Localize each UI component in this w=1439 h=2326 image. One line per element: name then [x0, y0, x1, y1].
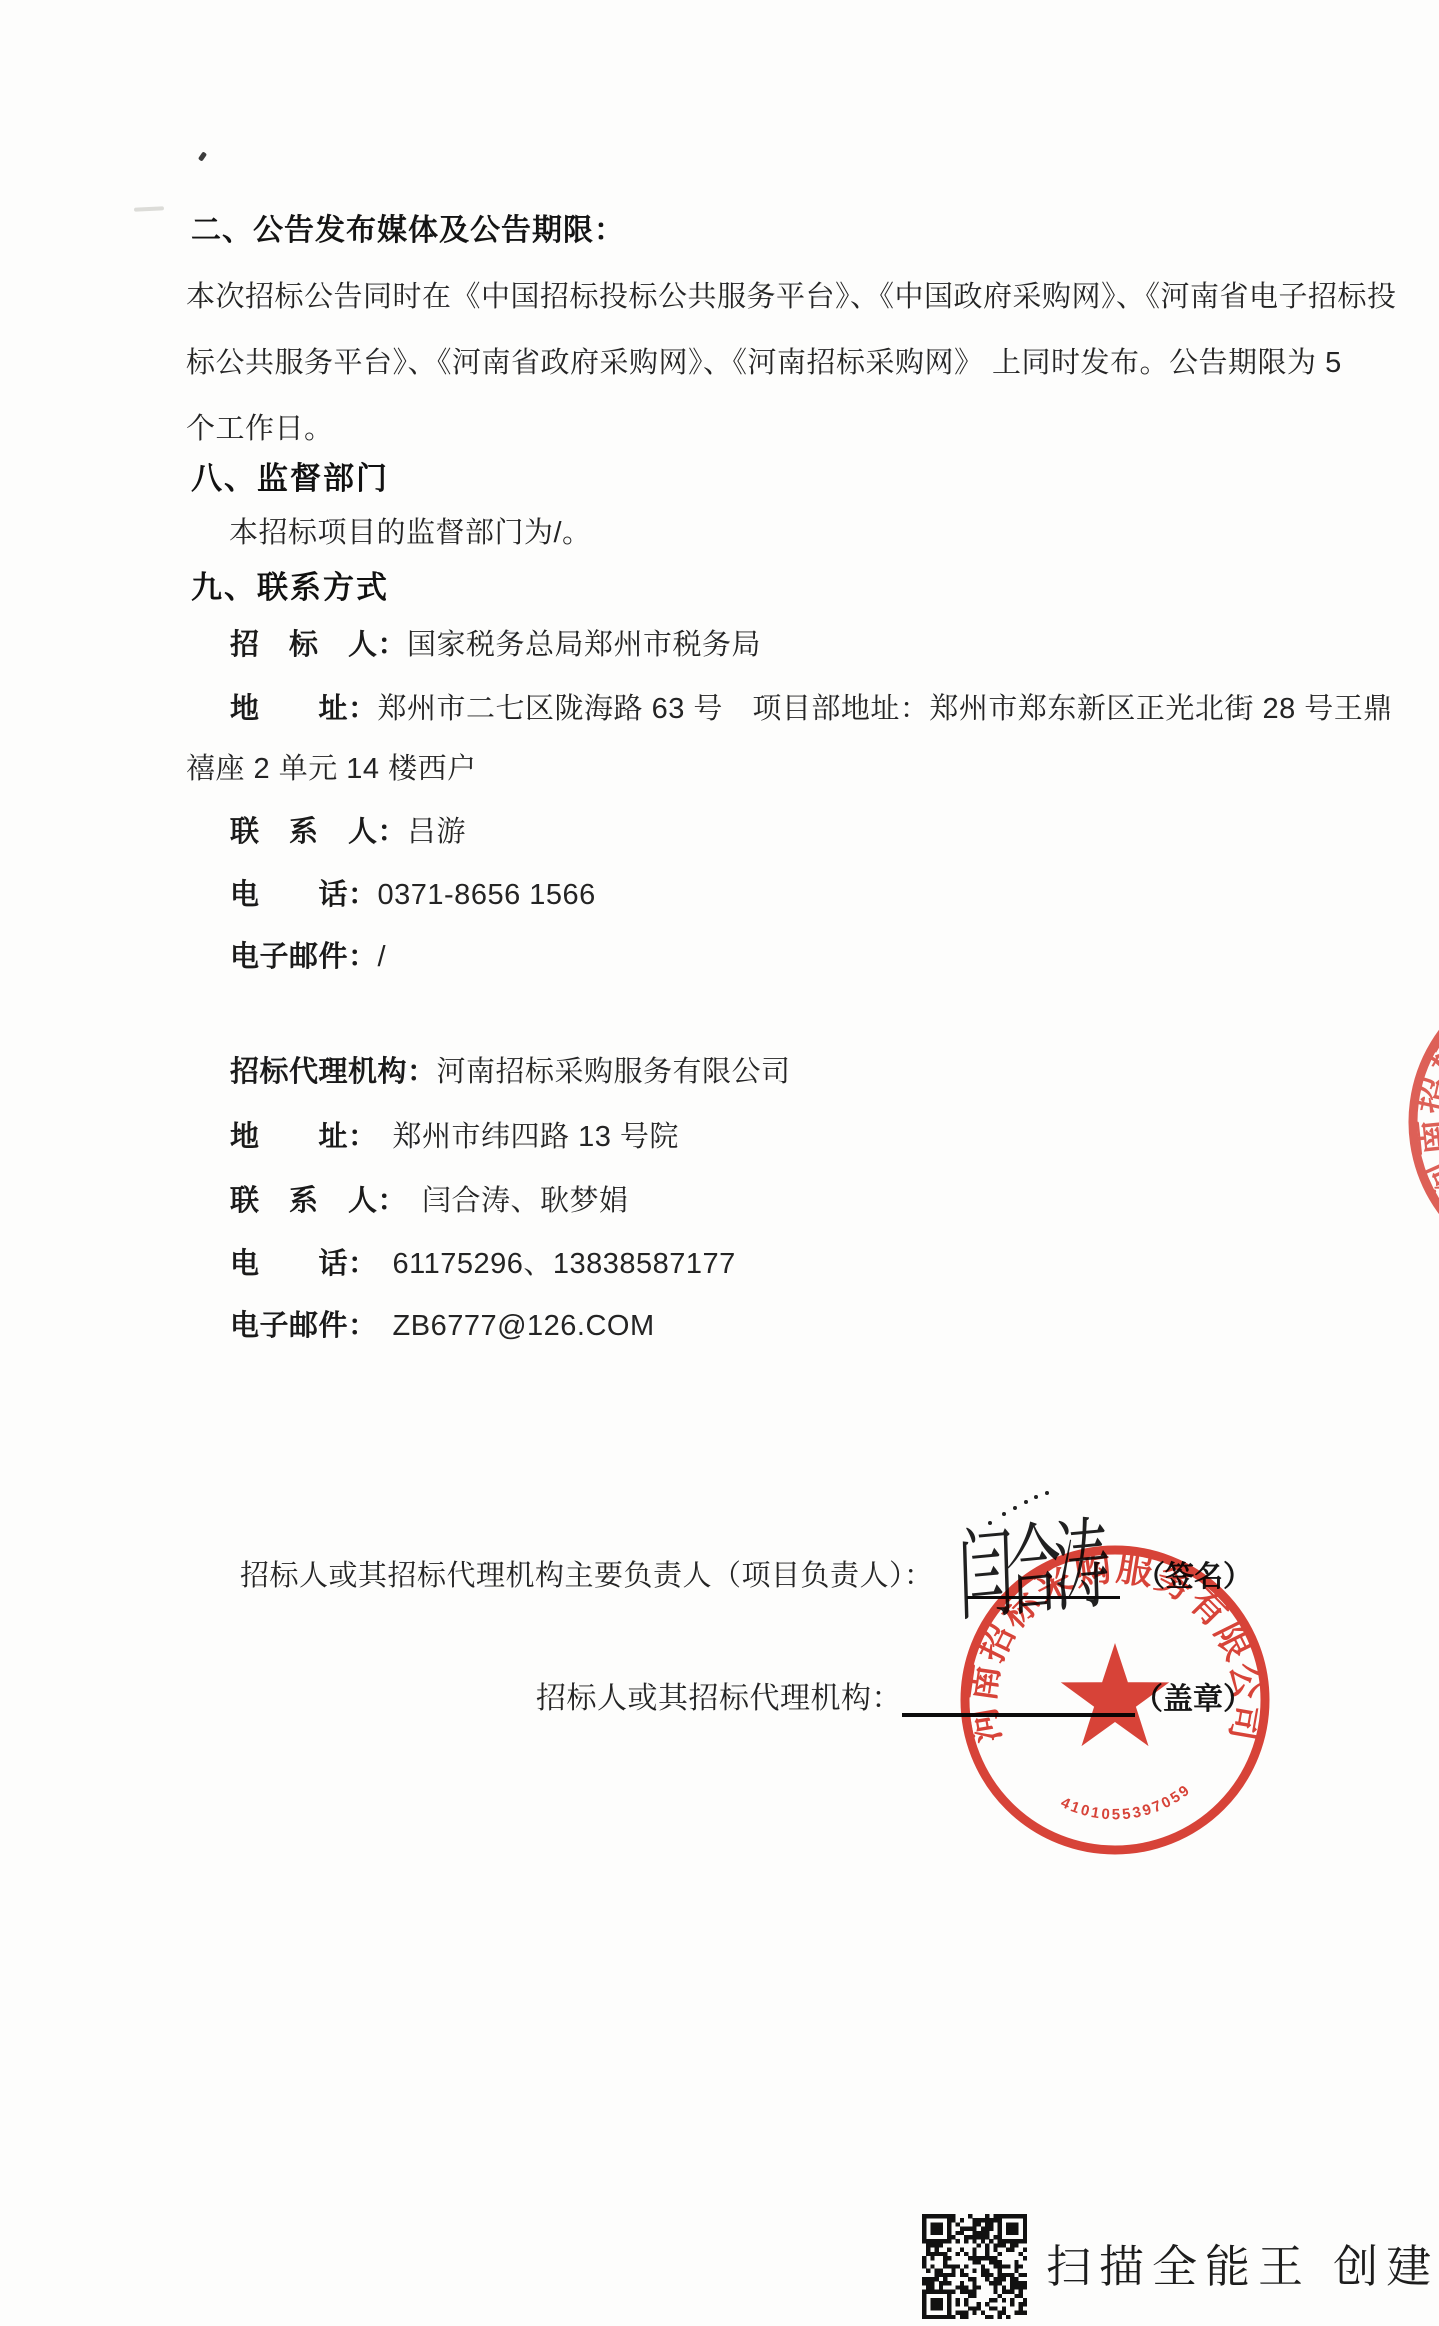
- pen-dot: [1045, 1491, 1049, 1495]
- principal-signature-label: 招标人或其招标代理机构主要负责人（项目负责人）：: [240, 1560, 934, 1593]
- agency-phone-label: 电 话：: [230, 1248, 393, 1280]
- agency-contact-label: 联 系 人：: [230, 1185, 422, 1217]
- pen-dot: [1034, 1495, 1038, 1499]
- tenderer-address-row: 地 址：郑州市二七区陇海路 63 号 项目部地址：郑州市郑东新区正光北街 28 …: [230, 693, 1393, 726]
- section9-heading: 九、联系方式: [191, 570, 389, 606]
- pen-dot: [1024, 1500, 1028, 1504]
- document-page: 二、公告发布媒体及公告期限： 本次招标公告同时在《中国招标投标公共服务平台》、《…: [0, 0, 1439, 2326]
- tenderer-contact-label: 联 系 人：: [230, 816, 407, 848]
- paragraph-line-3: 个工作日。: [186, 413, 334, 446]
- tenderer-email-row: 电子邮件：/: [230, 941, 386, 974]
- pen-dot: [1002, 1512, 1006, 1516]
- tenderer-phone-label: 电 话：: [230, 879, 378, 911]
- section2-heading: 二、公告发布媒体及公告期限：: [191, 214, 625, 249]
- tenderer-contact-value: 吕游: [407, 816, 466, 848]
- paragraph-line-2: 标公共服务平台》、《河南省政府采购网》、《河南招标采购网》 上同时发布。公告期限…: [186, 347, 1342, 380]
- agency-seal-label: 招标人或其招标代理机构：: [536, 1682, 902, 1717]
- section8-heading: 八、监督部门: [191, 461, 389, 497]
- tenderer-address-value: 郑州市二七区陇海路 63 号 项目部地址：郑州市郑东新区正光北街 28 号王鼎: [378, 693, 1393, 725]
- tenderer-contact-row: 联 系 人：吕游: [230, 816, 466, 849]
- agency-phone-row: 电 话： 61175296、13838587177: [230, 1248, 736, 1281]
- agency-email-row: 电子邮件： ZB6777@126.COM: [230, 1310, 655, 1343]
- agency-contact-row: 联 系 人： 闫合涛、耿梦娟: [230, 1185, 629, 1218]
- agency-address-row: 地 址： 郑州市纬四路 13 号院: [230, 1121, 679, 1154]
- paragraph-line-1: 本次招标公告同时在《中国招标投标公共服务平台》、《中国政府采购网》、《河南省电子…: [186, 281, 1397, 314]
- agency-name-row: 招标代理机构：河南招标采购服务有限公司: [230, 1056, 791, 1089]
- agency-email-label: 电子邮件：: [230, 1310, 393, 1342]
- agency-name-label: 招标代理机构：: [230, 1056, 437, 1088]
- supervision-line: 本招标项目的监督部门为/。: [229, 517, 592, 550]
- tenderer-email-value: /: [378, 941, 387, 973]
- company-stamp-partial: 河南招标采购服务有限公司 4101055397059: [1357, 916, 1439, 1328]
- stamp-company-text: 河南招标采购服务有限公司: [1376, 936, 1439, 1204]
- pen-dot: [988, 1521, 992, 1525]
- scan-smudge: [134, 206, 164, 212]
- qr-code: [922, 2214, 1027, 2319]
- stamp-star: [1061, 1643, 1169, 1746]
- company-stamp: 河南招标采购服务有限公司 4101055397059: [945, 1530, 1285, 1870]
- agency-name-value: 河南招标采购服务有限公司: [437, 1056, 791, 1088]
- agency-contact-value: 闫合涛、耿梦娟: [422, 1185, 629, 1217]
- agency-phone-value: 61175296、13838587177: [393, 1248, 736, 1280]
- scanner-caption: 扫描全能王 创建: [1046, 2230, 1439, 2295]
- agency-address-label: 地 址：: [230, 1121, 393, 1153]
- ink-speck: [198, 151, 207, 161]
- tenderer-name-label: 招 标 人：: [230, 629, 407, 661]
- tenderer-address-label: 地 址：: [230, 693, 378, 725]
- tenderer-email-label: 电子邮件：: [230, 941, 378, 973]
- tenderer-address-wrap: 禧座 2 单元 14 楼西户: [186, 753, 477, 786]
- tenderer-phone-value: 0371-8656 1566: [378, 879, 596, 911]
- tenderer-name-row: 招 标 人：国家税务总局郑州市税务局: [230, 629, 761, 662]
- tenderer-name-value: 国家税务总局郑州市税务局: [407, 629, 761, 661]
- agency-email-value: ZB6777@126.COM: [393, 1310, 655, 1342]
- pen-dot: [1013, 1506, 1017, 1510]
- stamp-serial-text: 4101055397059: [1058, 1781, 1194, 1824]
- agency-address-value: 郑州市纬四路 13 号院: [393, 1121, 679, 1153]
- tenderer-phone-row: 电 话：0371-8656 1566: [230, 879, 596, 912]
